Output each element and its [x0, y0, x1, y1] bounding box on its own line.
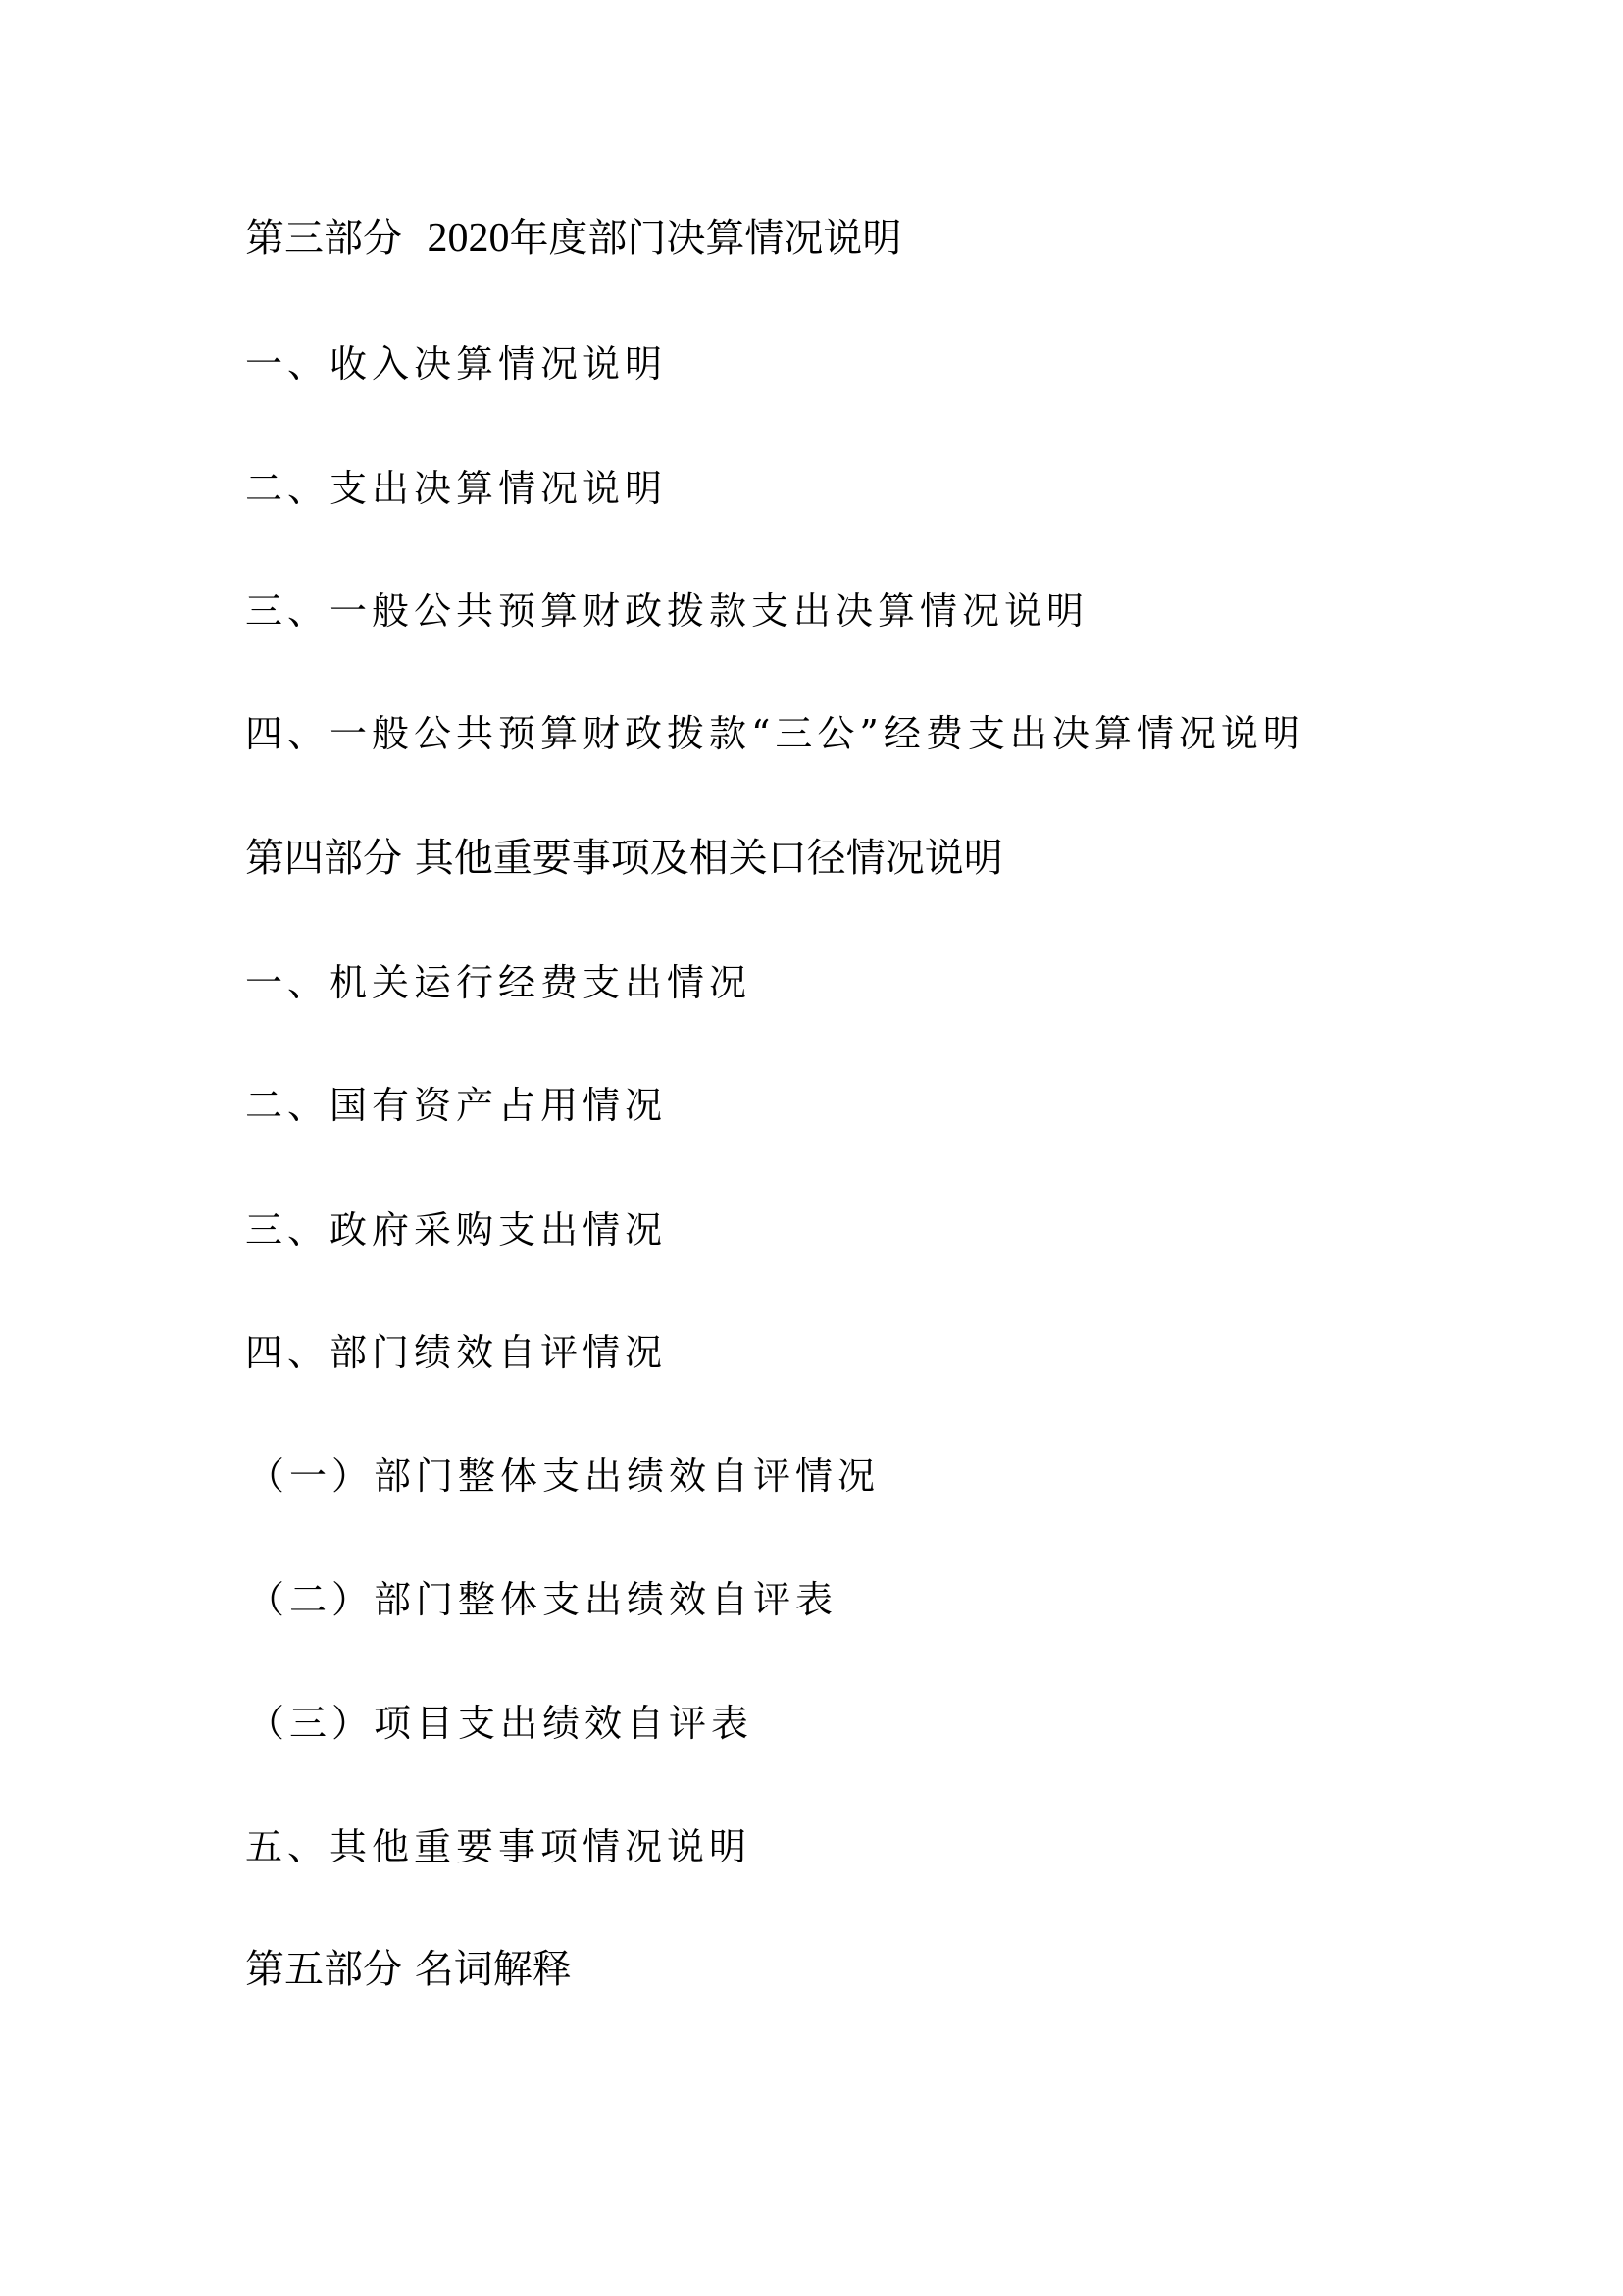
part3-heading-suffix: 年度部门决算情况说明	[509, 216, 901, 261]
part4-subitem-3: （三）项目支出绩效自评表	[247, 1705, 753, 1742]
part3-heading-prefix: 第三部分	[245, 216, 402, 261]
part3-item-2: 二、支出决算情况说明	[245, 470, 667, 507]
part4-item-2: 二、国有资产占用情况	[245, 1087, 667, 1124]
document-page: 第三部分 2020年度部门决算情况说明 一、收入决算情况说明 二、支出决算情况说…	[0, 0, 1623, 2296]
part4-item-4: 四、部门绩效自评情况	[245, 1334, 667, 1371]
part3-item-4: 四、一般公共预算财政拨款“三公”经费支出决算情况说明	[245, 715, 1305, 752]
part3-heading: 第三部分 2020年度部门决算情况说明	[245, 218, 901, 259]
part3-item-1: 一、收入决算情况说明	[245, 345, 667, 383]
part4-subitem-2: （二）部门整体支出绩效自评表	[247, 1581, 837, 1618]
part5-heading: 第五部分 名词解释	[245, 1950, 572, 1989]
part3-item-3: 三、一般公共预算财政拨款支出决算情况说明	[245, 592, 1089, 630]
part4-subitem-1: （一）部门整体支出绩效自评情况	[247, 1457, 880, 1495]
part4-item-1: 一、机关运行经费支出情况	[245, 964, 751, 1001]
part3-heading-year: 2020	[427, 216, 509, 261]
part4-heading: 第四部分 其他重要事项及相关口径情况说明	[245, 839, 1003, 878]
part4-item-5: 五、其他重要事项情况说明	[245, 1828, 751, 1865]
part4-item-3: 三、政府采购支出情况	[245, 1211, 667, 1249]
